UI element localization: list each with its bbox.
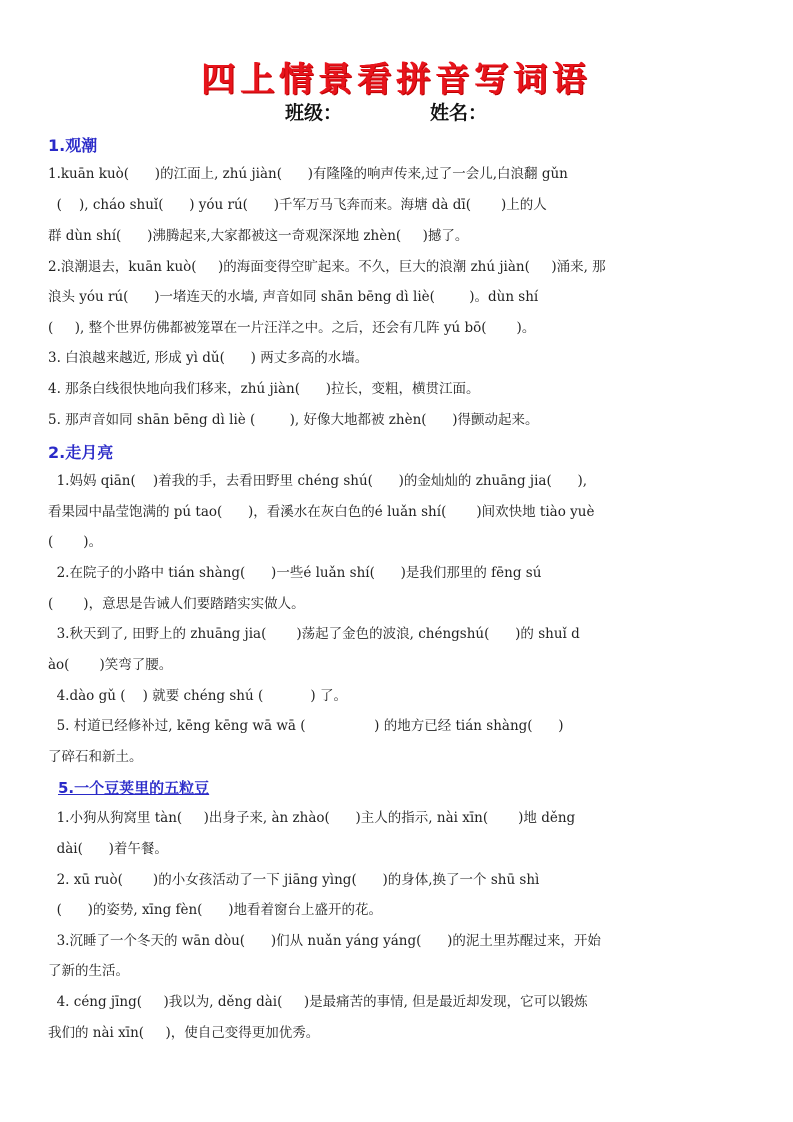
exercise-line: 2.浪潮退去，kuān kuò( )的海面变得空旷起来。不久，巨大的浪潮 zhú… (48, 257, 753, 277)
exercise-line: 5. 那声音如同 shān bēng dì liè ( ), 好像大地都被 zh… (48, 410, 753, 430)
exercise-line: 我们的 nài xīn( )，使自己变得更加优秀。 (48, 1023, 753, 1043)
exercise-line: ( )的姿势, xīng fèn( )地看着窗台上盛开的花。 (48, 900, 753, 920)
exercise-line: 4. céng jīng( )我以为, děng dài( )是最痛苦的事情, … (48, 992, 753, 1012)
student-info-row: 班级： 姓名： (0, 98, 793, 126)
exercise-line: ( ), 整个世界仿佛都被笼罩在一片汪洋之中。之后，还会有几阵 yú bō( )… (48, 318, 753, 338)
exercise-line: ( )。 (48, 532, 753, 552)
exercise-line: 3.沉睡了一个冬天的 wān dòu( )们从 nuǎn yáng yáng( … (48, 931, 753, 951)
exercise-line: 看果园中晶莹饱满的 pú tao( )，看溪水在灰白色的é luǎn shí( … (48, 502, 753, 522)
exercise-line: 1.妈妈 qiān( )着我的手，去看田野里 chéng shú( )的金灿灿的… (48, 471, 753, 491)
exercise-line: 了碎石和新土。 (48, 747, 753, 767)
exercise-line: 4. 那条白线很快地向我们移来，zhú jiàn( )拉长，变粗，横贯江面。 (48, 379, 753, 399)
class-label: 班级： (285, 98, 342, 125)
section-heading-guanchao: 1.观潮 (48, 133, 97, 156)
exercise-line: 5. 村道已经修补过, kēng kēng wā wā ( ) 的地方已经 ti… (48, 716, 753, 736)
exercise-line: 1.kuān kuò( )的江面上, zhú jiàn( )有隆隆的响声传来,过… (48, 164, 753, 184)
exercise-line: 群 dùn shí( )沸腾起来,大家都被这一奇观深深地 zhèn( )撼了。 (48, 226, 753, 246)
exercise-line: 3. 白浪越来越近, 形成 yì dǔ( ) 两丈多高的水墙。 (48, 348, 753, 368)
exercise-line: dài( )着午餐。 (48, 839, 753, 859)
section-heading-zouyueliang: 2.走月亮 (48, 440, 113, 463)
exercise-line: 4.dào gǔ ( ) 就要 chéng shú ( ) 了。 (48, 686, 753, 706)
name-label: 姓名： (430, 98, 487, 125)
exercise-line: 了新的生活。 (48, 961, 753, 981)
exercise-line: 2.在院子的小路中 tián shàng( )一些é luǎn shí( )是我… (48, 563, 753, 583)
exercise-line: ( ), cháo shuǐ( ) yóu rú( )千军万马飞奔而来。海塘 d… (48, 195, 753, 215)
exercise-line: 浪头 yóu rú( )一堵连天的水墙, 声音如同 shān bēng dì l… (48, 287, 753, 307)
exercise-line: 1.小狗从狗窝里 tàn( )出身子来, àn zhào( )主人的指示, nà… (48, 808, 753, 828)
exercise-line: ào( )笑弯了腰。 (48, 655, 753, 675)
page-title: 四上情景看拼音写词语 (0, 52, 793, 101)
exercise-line: 3.秋天到了, 田野上的 zhuāng jia( )荡起了金色的波浪, chén… (48, 624, 753, 644)
exercise-line: ( )，意思是告诫人们要踏踏实实做人。 (48, 594, 753, 614)
section-heading-doujia: 5.一个豆荚里的五粒豆 (58, 777, 209, 798)
exercise-line: 2. xū ruò( )的小女孩活动了一下 jiāng yìng( )的身体,换… (48, 870, 753, 890)
